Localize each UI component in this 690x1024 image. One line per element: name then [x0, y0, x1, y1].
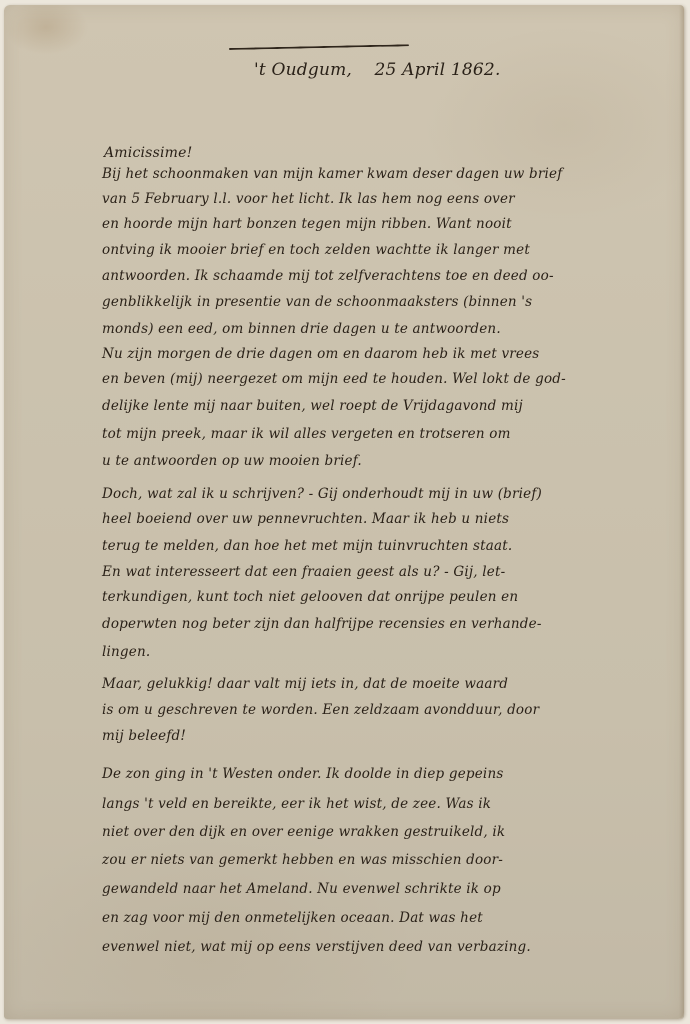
letter-line: en hoorde mijn hart bonzen tegen mijn ri…	[102, 215, 512, 233]
letter-line: tot mijn preek, maar ik wil alles verget…	[102, 425, 511, 443]
letter-line: antwoorden. Ik schaamde mij tot zelfvera…	[102, 267, 554, 285]
letter-line: terkundigen, kunt toch niet gelooven dat…	[102, 588, 518, 606]
letter-line: Doch, wat zal ik u schrijven? - Gij onde…	[102, 485, 542, 503]
dateline-date: 25 April 1862.	[374, 60, 500, 80]
letter-line: zou er niets van gemerkt hebben en was m…	[102, 851, 503, 869]
letter-line: Bij het schoonmaken van mijn kamer kwam …	[102, 165, 562, 183]
letter-line: Maar, gelukkig! daar valt mij iets in, d…	[102, 675, 508, 693]
dateline-place: 't Oudgum,	[254, 60, 352, 80]
letter-line: De zon ging in 't Westen onder. Ik doold…	[102, 765, 503, 783]
salutation: Amicissime!	[104, 145, 192, 161]
letter-line: monds) een eed, om binnen drie dagen u t…	[102, 320, 501, 338]
letter-line: is om u geschreven te worden. Een zeldza…	[102, 701, 539, 719]
letter-line: delijke lente mij naar buiten, wel roept…	[102, 397, 523, 415]
letter-line: van 5 February l.l. voor het licht. Ik l…	[102, 190, 515, 208]
header-flourish-line	[229, 44, 409, 50]
letter-line: heel boeiend over uw pennevruchten. Maar…	[102, 510, 509, 528]
letter-line: lingen.	[102, 643, 150, 661]
letter-line: En wat interesseert dat een fraaien gees…	[102, 563, 505, 581]
paper-edge	[679, 5, 684, 1019]
letter-line: gewandeld naar het Ameland. Nu evenwel s…	[102, 880, 501, 898]
letter-line: genblikkelijk in presentie van de schoon…	[102, 293, 532, 311]
letter-line: terug te melden, dan hoe het met mijn tu…	[102, 537, 512, 555]
letter-line: evenwel niet, wat mij op eens verstijven…	[102, 938, 531, 956]
letter-sheet: 't Oudgum, 25 April 1862. Amicissime! Bi…	[4, 5, 684, 1019]
letter-line: u te antwoorden op uw mooien brief.	[102, 452, 362, 470]
letter-line: doperwten nog beter zijn dan halfrijpe r…	[102, 615, 542, 633]
letter-line: niet over den dijk en over eenige wrakke…	[102, 823, 505, 841]
letter-line: mij beleefd!	[102, 727, 186, 745]
letter-line: langs 't veld en bereikte, eer ik het wi…	[102, 795, 491, 813]
letter-line: en beven (mij) neergezet om mijn eed te …	[102, 370, 566, 388]
letter-line: ontving ik mooier brief en toch zelden w…	[102, 241, 530, 259]
dateline: 't Oudgum, 25 April 1862.	[254, 60, 501, 80]
letter-line: Nu zijn morgen de drie dagen om en daaro…	[102, 345, 539, 363]
letter-line: en zag voor mij den onmetelijken oceaan.…	[102, 909, 483, 927]
